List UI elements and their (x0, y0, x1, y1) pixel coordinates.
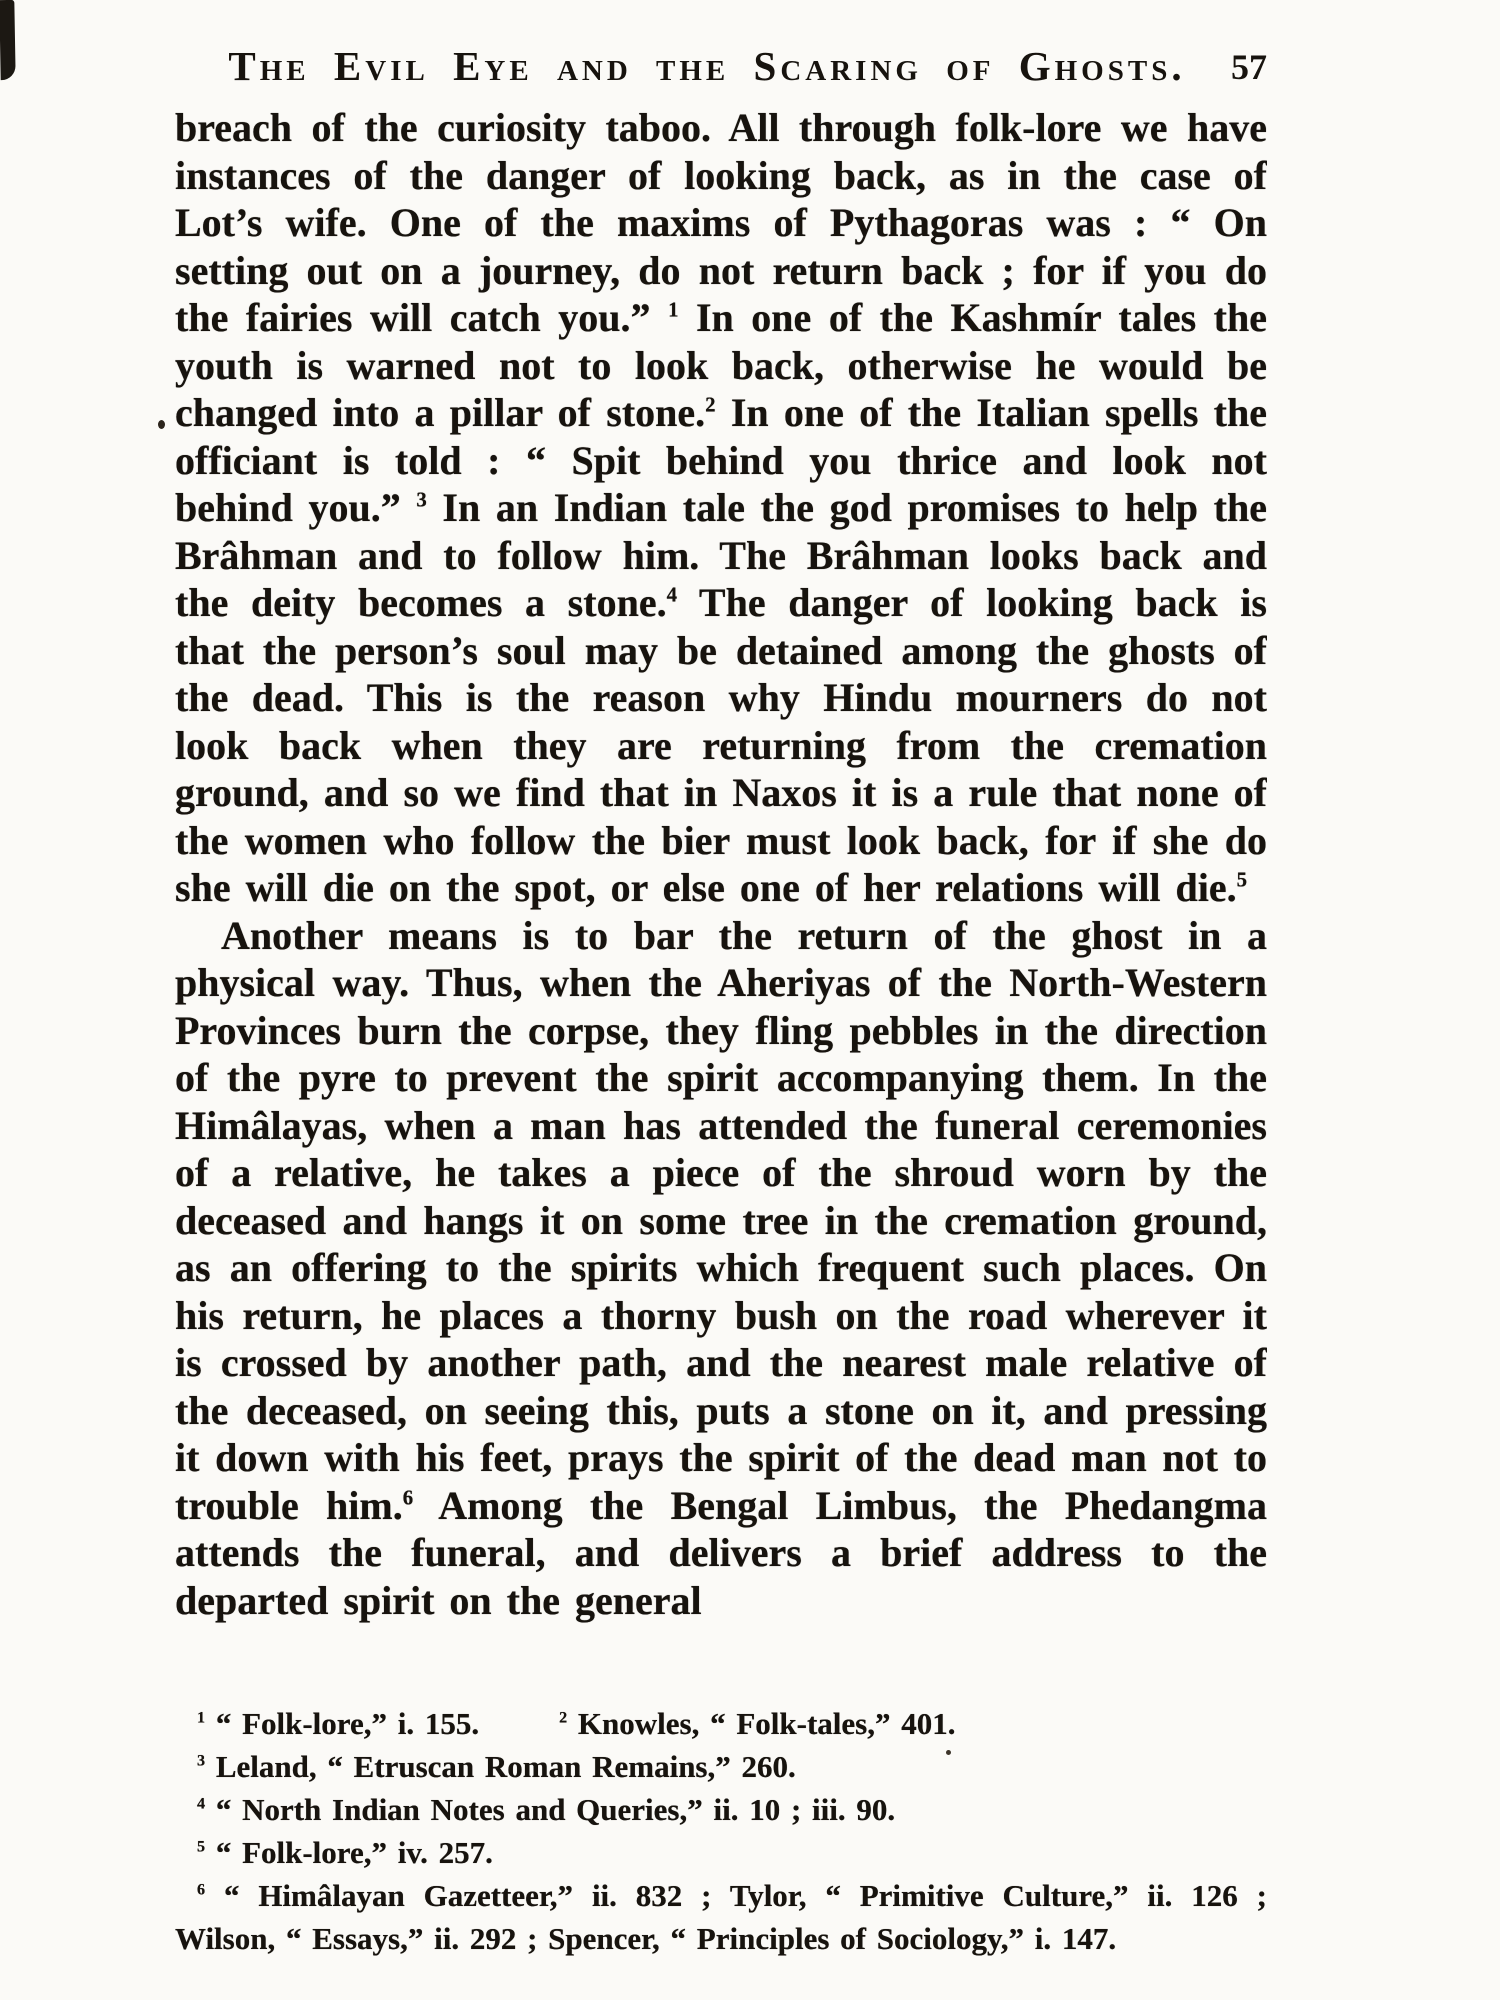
footnote-4: 4 “ North Indian Notes and Queries,” ii.… (175, 1788, 1267, 1831)
footnote-marker: 1 (197, 1710, 205, 1727)
paragraph-barring-the-ghost: Another means is to bar the return of th… (175, 912, 1267, 1625)
footnote-marker: 2 (705, 394, 715, 417)
page-number: 57 (1231, 46, 1267, 88)
footnote-6: 6 “ Himâlayan Gazetteer,” ii. 832 ; Tylo… (175, 1874, 1267, 1960)
footnote-5: 5 “ Folk-lore,” iv. 257. (175, 1831, 1267, 1874)
footnote-marker: 4 (667, 584, 677, 607)
footnote-marker: 6 (403, 1486, 413, 1509)
footnotes: 1 “ Folk-lore,” i. 155.2 Knowles, “ Folk… (175, 1702, 1267, 1960)
scan-artifact-dot (946, 1750, 951, 1755)
footnote-marker: 3 (197, 1753, 205, 1770)
footnote-marker: 5 (1237, 869, 1247, 892)
footnote-3: 3 Leland, “ Etruscan Roman Remains,” 260… (175, 1745, 1267, 1788)
footnote-marker: 1 (668, 299, 678, 322)
paragraph-curiosity-taboo: breach of the curiosity taboo. All throu… (175, 104, 1267, 912)
scan-artifact-corner (0, 0, 16, 80)
footnote-marker: 3 (416, 489, 426, 512)
footnote-marker: 4 (197, 1796, 205, 1813)
running-header: The Evil Eye and the Scaring of Ghosts. … (175, 42, 1267, 94)
book-page: The Evil Eye and the Scaring of Ghosts. … (0, 0, 1500, 2000)
footnote-marker: 2 (559, 1710, 567, 1727)
footnote-marker: 6 (197, 1882, 205, 1899)
page-title: The Evil Eye and the Scaring of Ghosts. (161, 42, 1253, 90)
body-text: breach of the curiosity taboo. All throu… (175, 104, 1267, 1676)
footnote-marker: 5 (197, 1839, 205, 1856)
scan-artifact-dot (158, 420, 165, 429)
footnote-1-and-2: 1 “ Folk-lore,” i. 155.2 Knowles, “ Folk… (175, 1702, 1267, 1745)
